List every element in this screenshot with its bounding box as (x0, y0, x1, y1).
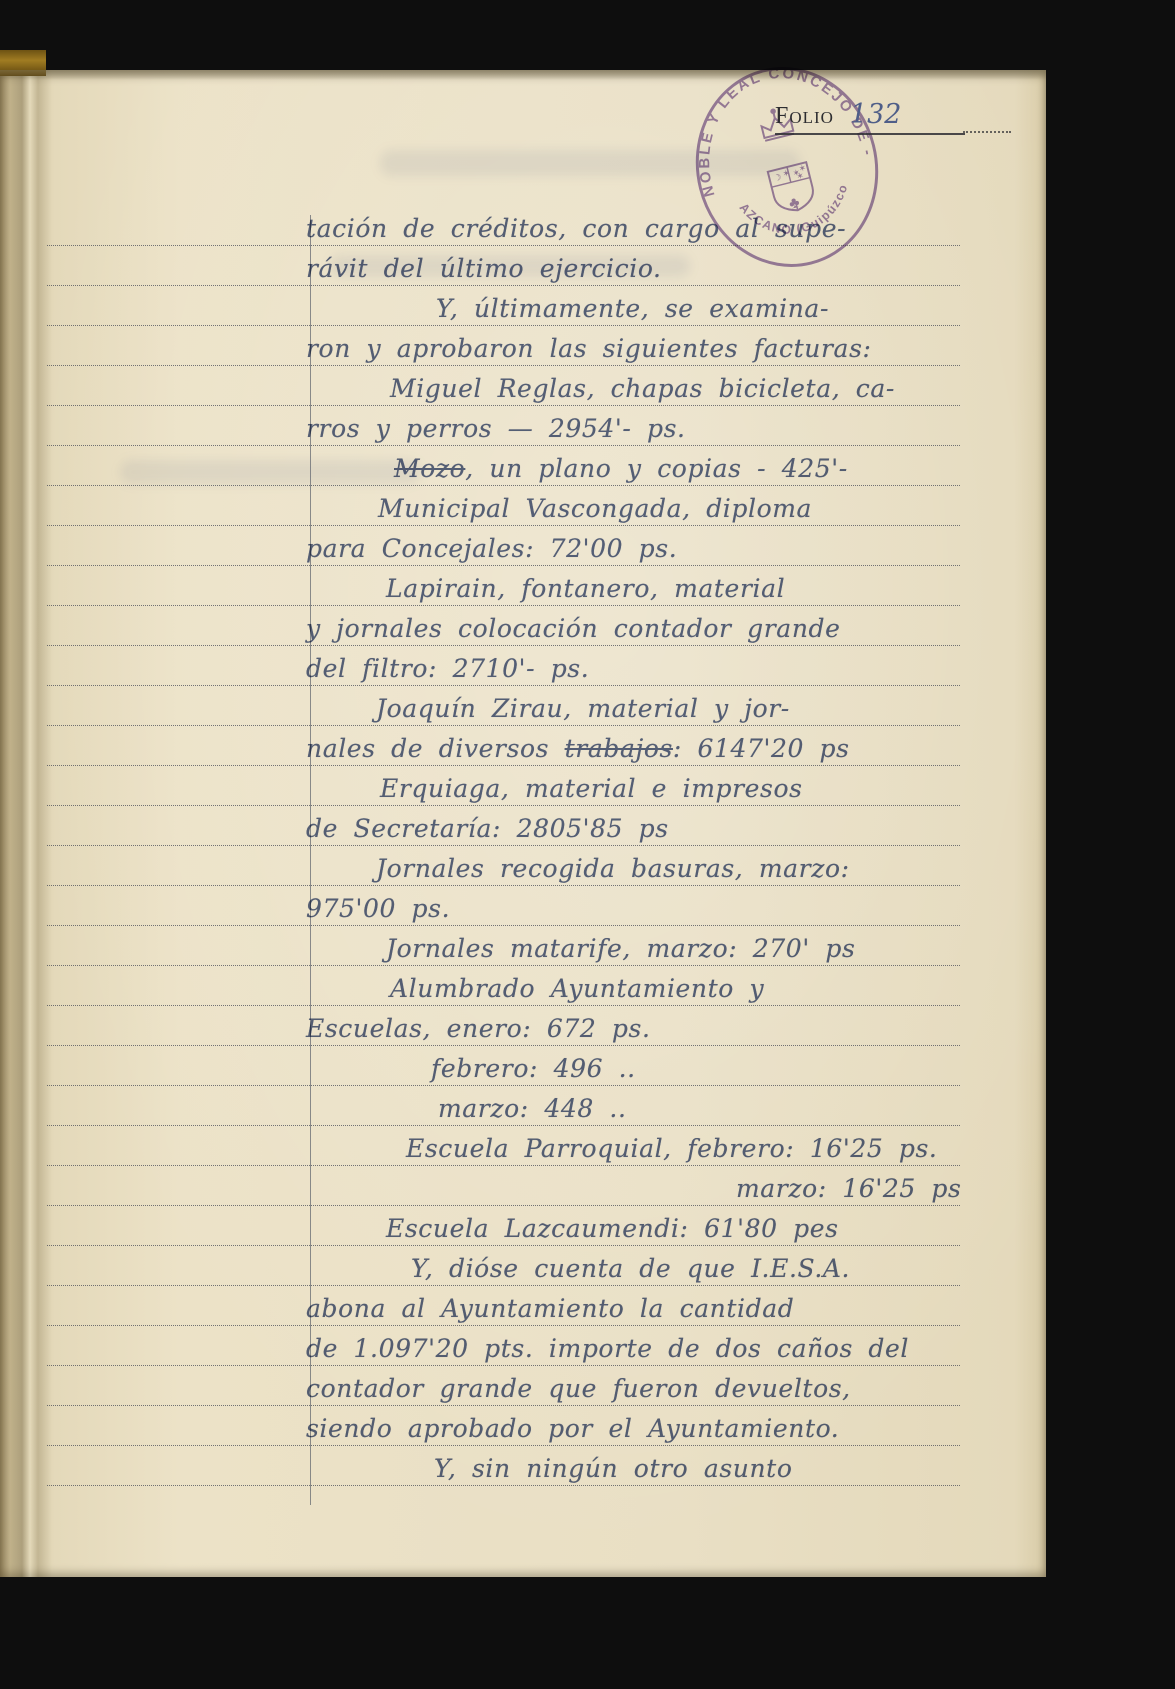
manuscript-line: nales de diversos trabajos: 6147'20 ps (306, 729, 850, 767)
manuscript-line: y jornales colocación contador grande (306, 609, 841, 647)
manuscript-line: Municipal Vascongada, diploma (378, 489, 812, 527)
folio-number: 132 (850, 99, 902, 130)
ink-bleedthrough (120, 460, 420, 484)
manuscript-line: rros y perros — 2954'- ps. (306, 409, 686, 447)
manuscript-line: de 1.097'20 pts. importe de dos caños de… (306, 1329, 909, 1367)
folio-label: Folio (775, 103, 834, 129)
manuscript-line: Y, dióse cuenta de que I.E.S.A. (411, 1249, 850, 1287)
manuscript-line: contador grande que fueron devueltos, (306, 1369, 851, 1407)
folio-header: Folio132 (775, 99, 965, 135)
manuscript-line: abona al Ayuntamiento la cantidad (306, 1289, 794, 1327)
manuscript-line: marzo: 16'25 ps (736, 1169, 961, 1207)
manuscript-line: siendo aprobado por el Ayuntamiento. (306, 1409, 839, 1447)
svg-text:✶: ✶ (781, 168, 791, 180)
folio-dotted-leader (963, 131, 1011, 133)
manuscript-line: marzo: 448 .. (438, 1089, 627, 1127)
svg-text:☽: ☽ (772, 172, 782, 184)
manuscript-line: ron y aprobaron las siguientes facturas: (306, 329, 872, 367)
binding-edge (0, 70, 52, 1577)
manuscript-line: Y, últimamente, se examina- (436, 289, 829, 327)
manuscript-line: Escuela Lazcaumendi: 61'80 pes (386, 1209, 839, 1247)
page-top-shadow (0, 70, 1046, 80)
manuscript-line: 975'00 ps. (306, 889, 450, 927)
manuscript-line: Alumbrado Ayuntamiento y (390, 969, 764, 1007)
scan-background: Folio132 NOBLE Y LEAL CONCEJO DE - LAZCA… (0, 0, 1175, 1689)
manuscript-line: de Secretaría: 2805'85 ps (306, 809, 669, 847)
manuscript-line: Mozo, un plano y copias - 425'- (394, 449, 848, 487)
shield-icon: ☽ ✶ ✶ ✶ ✶ ♣ (768, 162, 817, 216)
manuscript-line: Erquiaga, material e impresos (380, 769, 803, 807)
manuscript-line: Escuela Parroquial, febrero: 16'25 ps. (406, 1129, 937, 1167)
manuscript-line: tación de créditos, con cargo al supe- (306, 209, 846, 247)
manuscript-line: Jornales recogida basuras, marzo: (376, 849, 850, 887)
manuscript-line: rávit del último ejercicio. (306, 249, 662, 287)
manuscript-line: Joaquín Zirau, material y jor- (376, 689, 790, 727)
manuscript-line: Y, sin ningún otro asunto (434, 1449, 792, 1487)
manuscript-line: Escuelas, enero: 672 ps. (306, 1009, 651, 1047)
manuscript-line: Lapirain, fontanero, material (386, 569, 785, 607)
manuscript-line: para Concejales: 72'00 ps. (306, 529, 677, 567)
manuscript-line: febrero: 496 .. (431, 1049, 636, 1087)
manuscript-line: Jornales matarife, marzo: 270' ps (386, 929, 855, 967)
manuscript-line: Miguel Reglas, chapas bicicleta, ca- (390, 369, 895, 407)
manuscript-line: del filtro: 2710'- ps. (306, 649, 589, 687)
